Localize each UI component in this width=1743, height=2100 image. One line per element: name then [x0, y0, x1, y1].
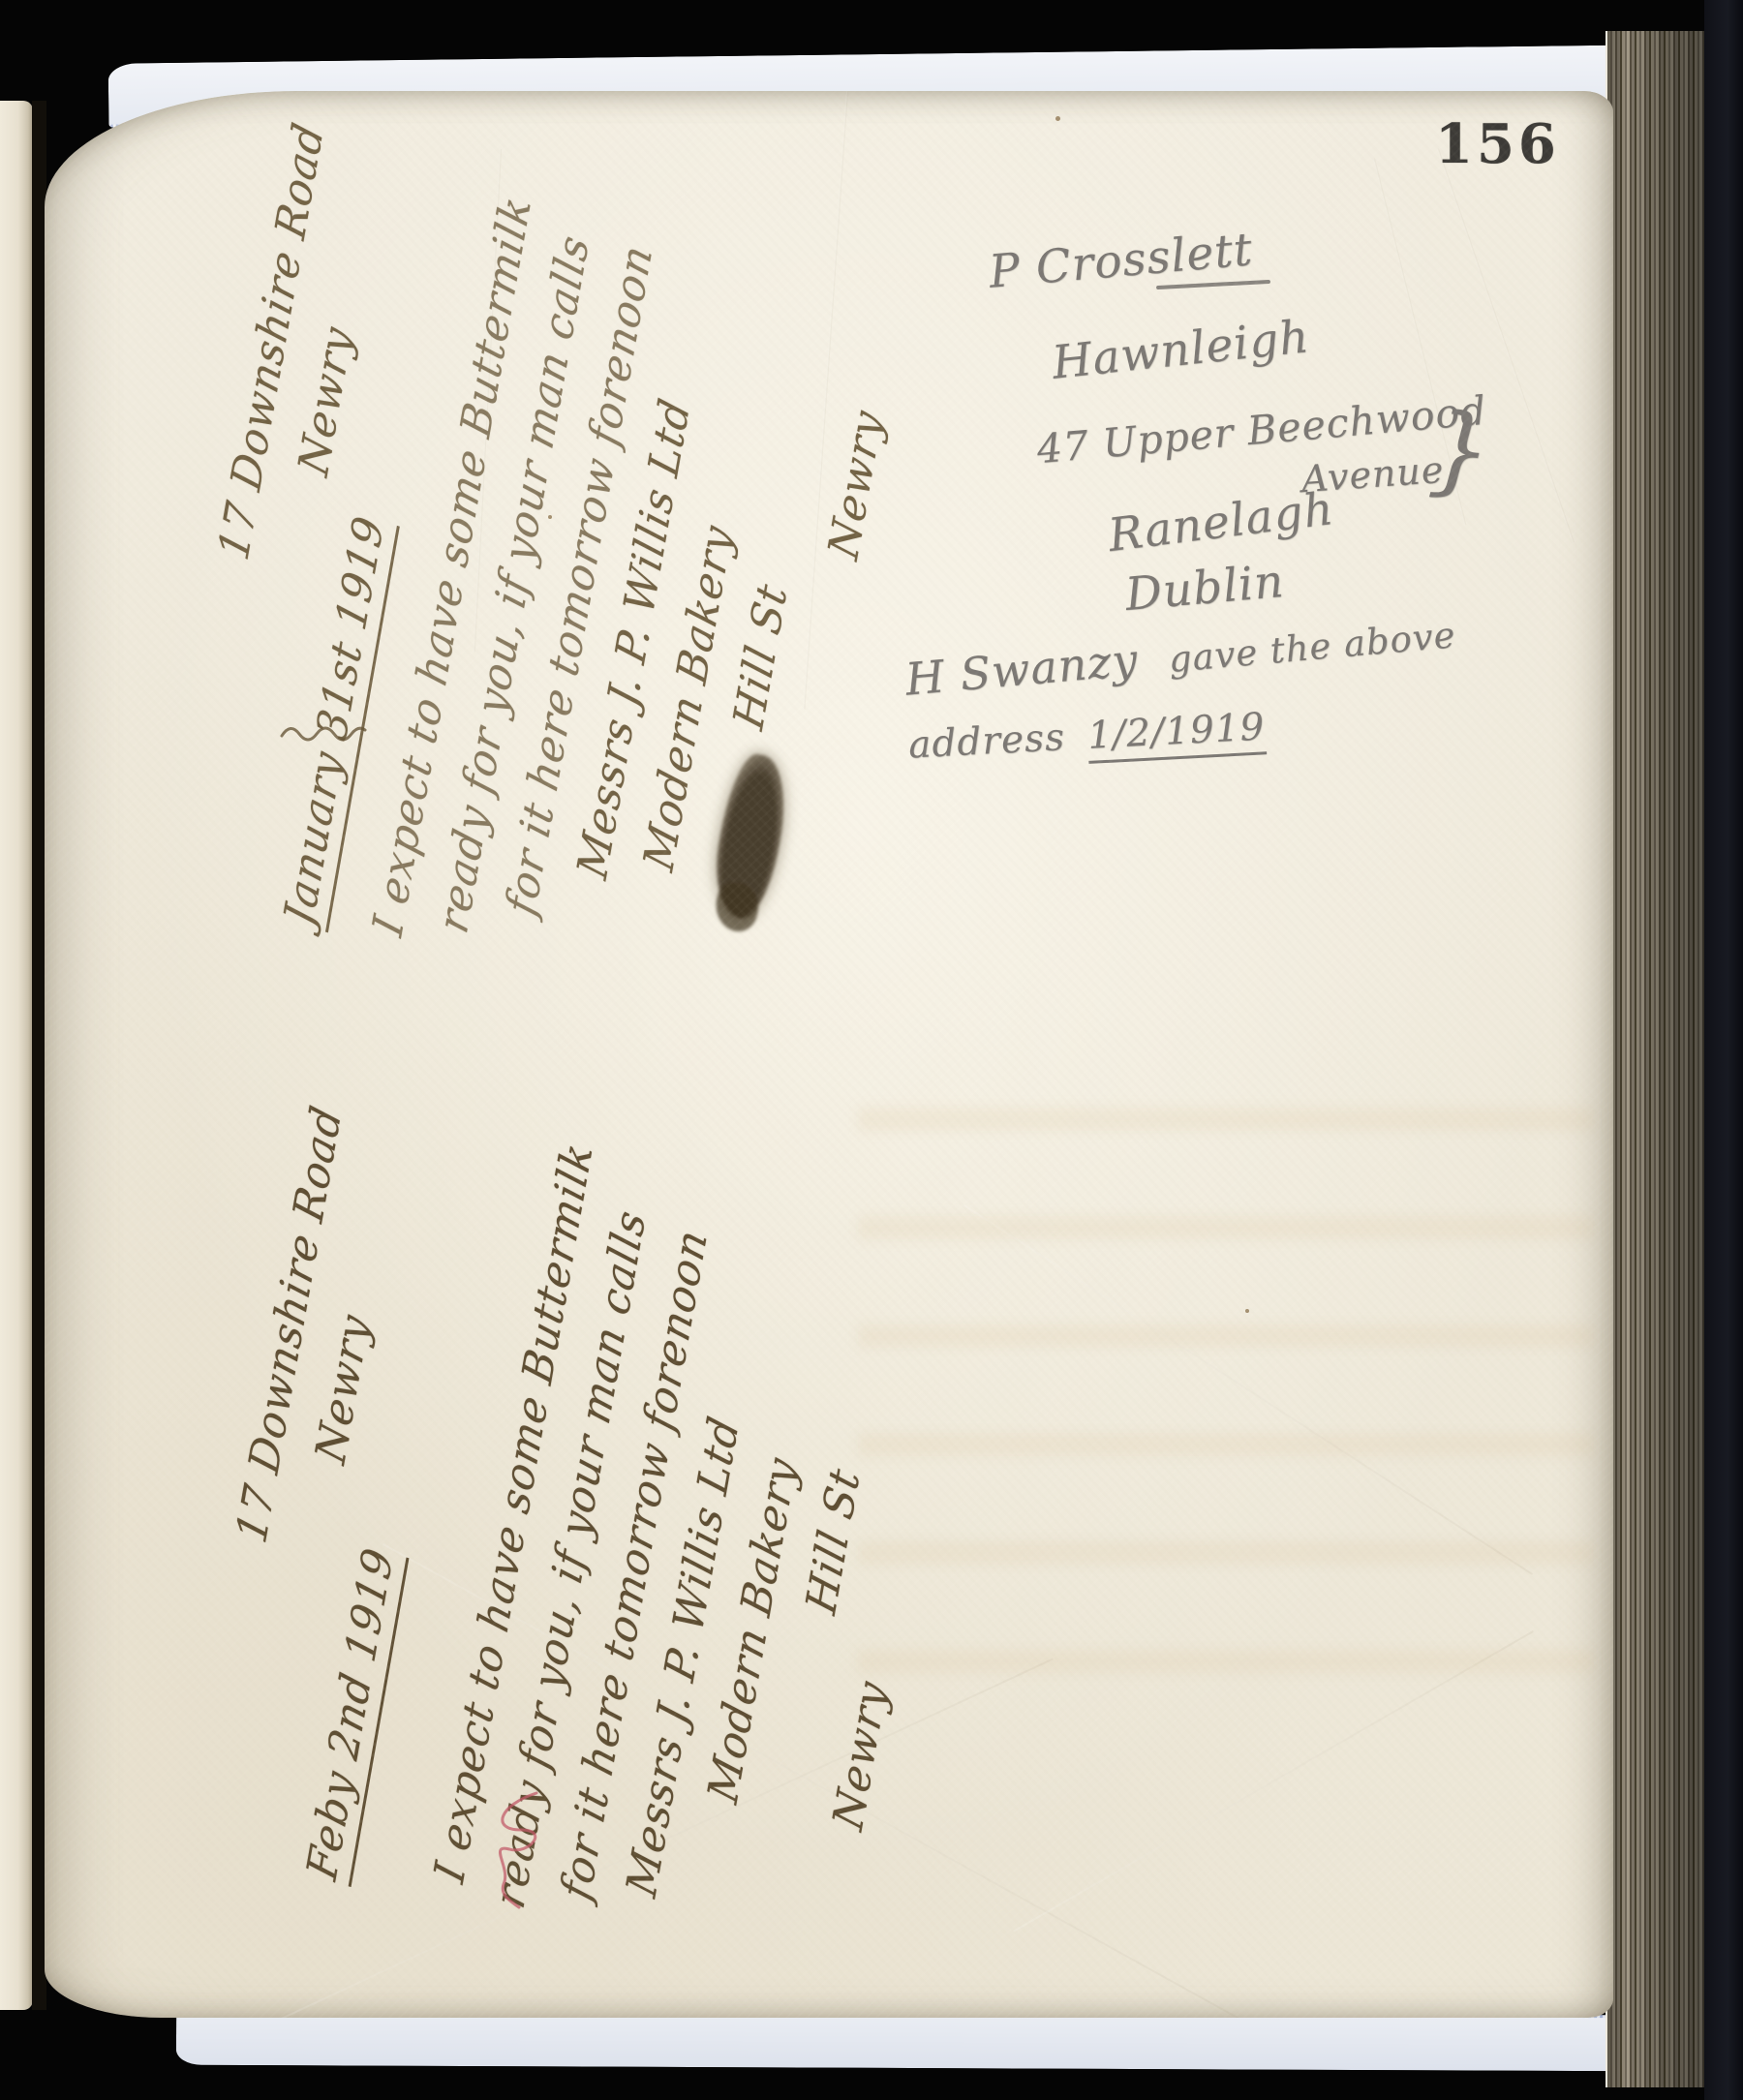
pencil-city: Dublin: [1123, 555, 1287, 622]
pencil-attribution-date: 1/2/1919: [1086, 705, 1267, 764]
paper-speck: [1055, 116, 1060, 121]
letter-jan-31: 17 Downshire Road Newry January 31st 191…: [146, 91, 965, 987]
red-fiber-mark: [461, 1787, 558, 1913]
page-number: 156: [1435, 112, 1560, 176]
pencil-name-struck: ett: [1184, 223, 1255, 282]
book-page-stack-edge: [1605, 31, 1710, 2087]
opposite-page-edge: [0, 101, 33, 2010]
letter-feb-2: 17 Downshire Road Newry Feby 2nd 1919 I …: [161, 939, 1016, 1995]
pencil-attribution-line2: address 1/2/1919: [907, 705, 1266, 767]
pencil-house: Hawnleigh: [1050, 310, 1312, 390]
book-cover-edge: [1704, 0, 1743, 2100]
pencil-brace: }: [1425, 391, 1496, 508]
letterbook-page: 156 17 Downshire Road Newry January 31st…: [45, 91, 1613, 2018]
pencil-name: P Crosslett: [987, 223, 1255, 299]
scanned-book-spread: 156 17 Downshire Road Newry January 31st…: [0, 0, 1743, 2100]
ink-squiggle: [279, 718, 371, 749]
pencil-district: Ranelagh: [1106, 482, 1337, 563]
underlying-page-edge-bottom: [176, 2009, 1640, 2072]
pencil-attribution-line1: H Swanzy gave the above: [903, 605, 1458, 705]
paper-speck: [1245, 1309, 1249, 1313]
